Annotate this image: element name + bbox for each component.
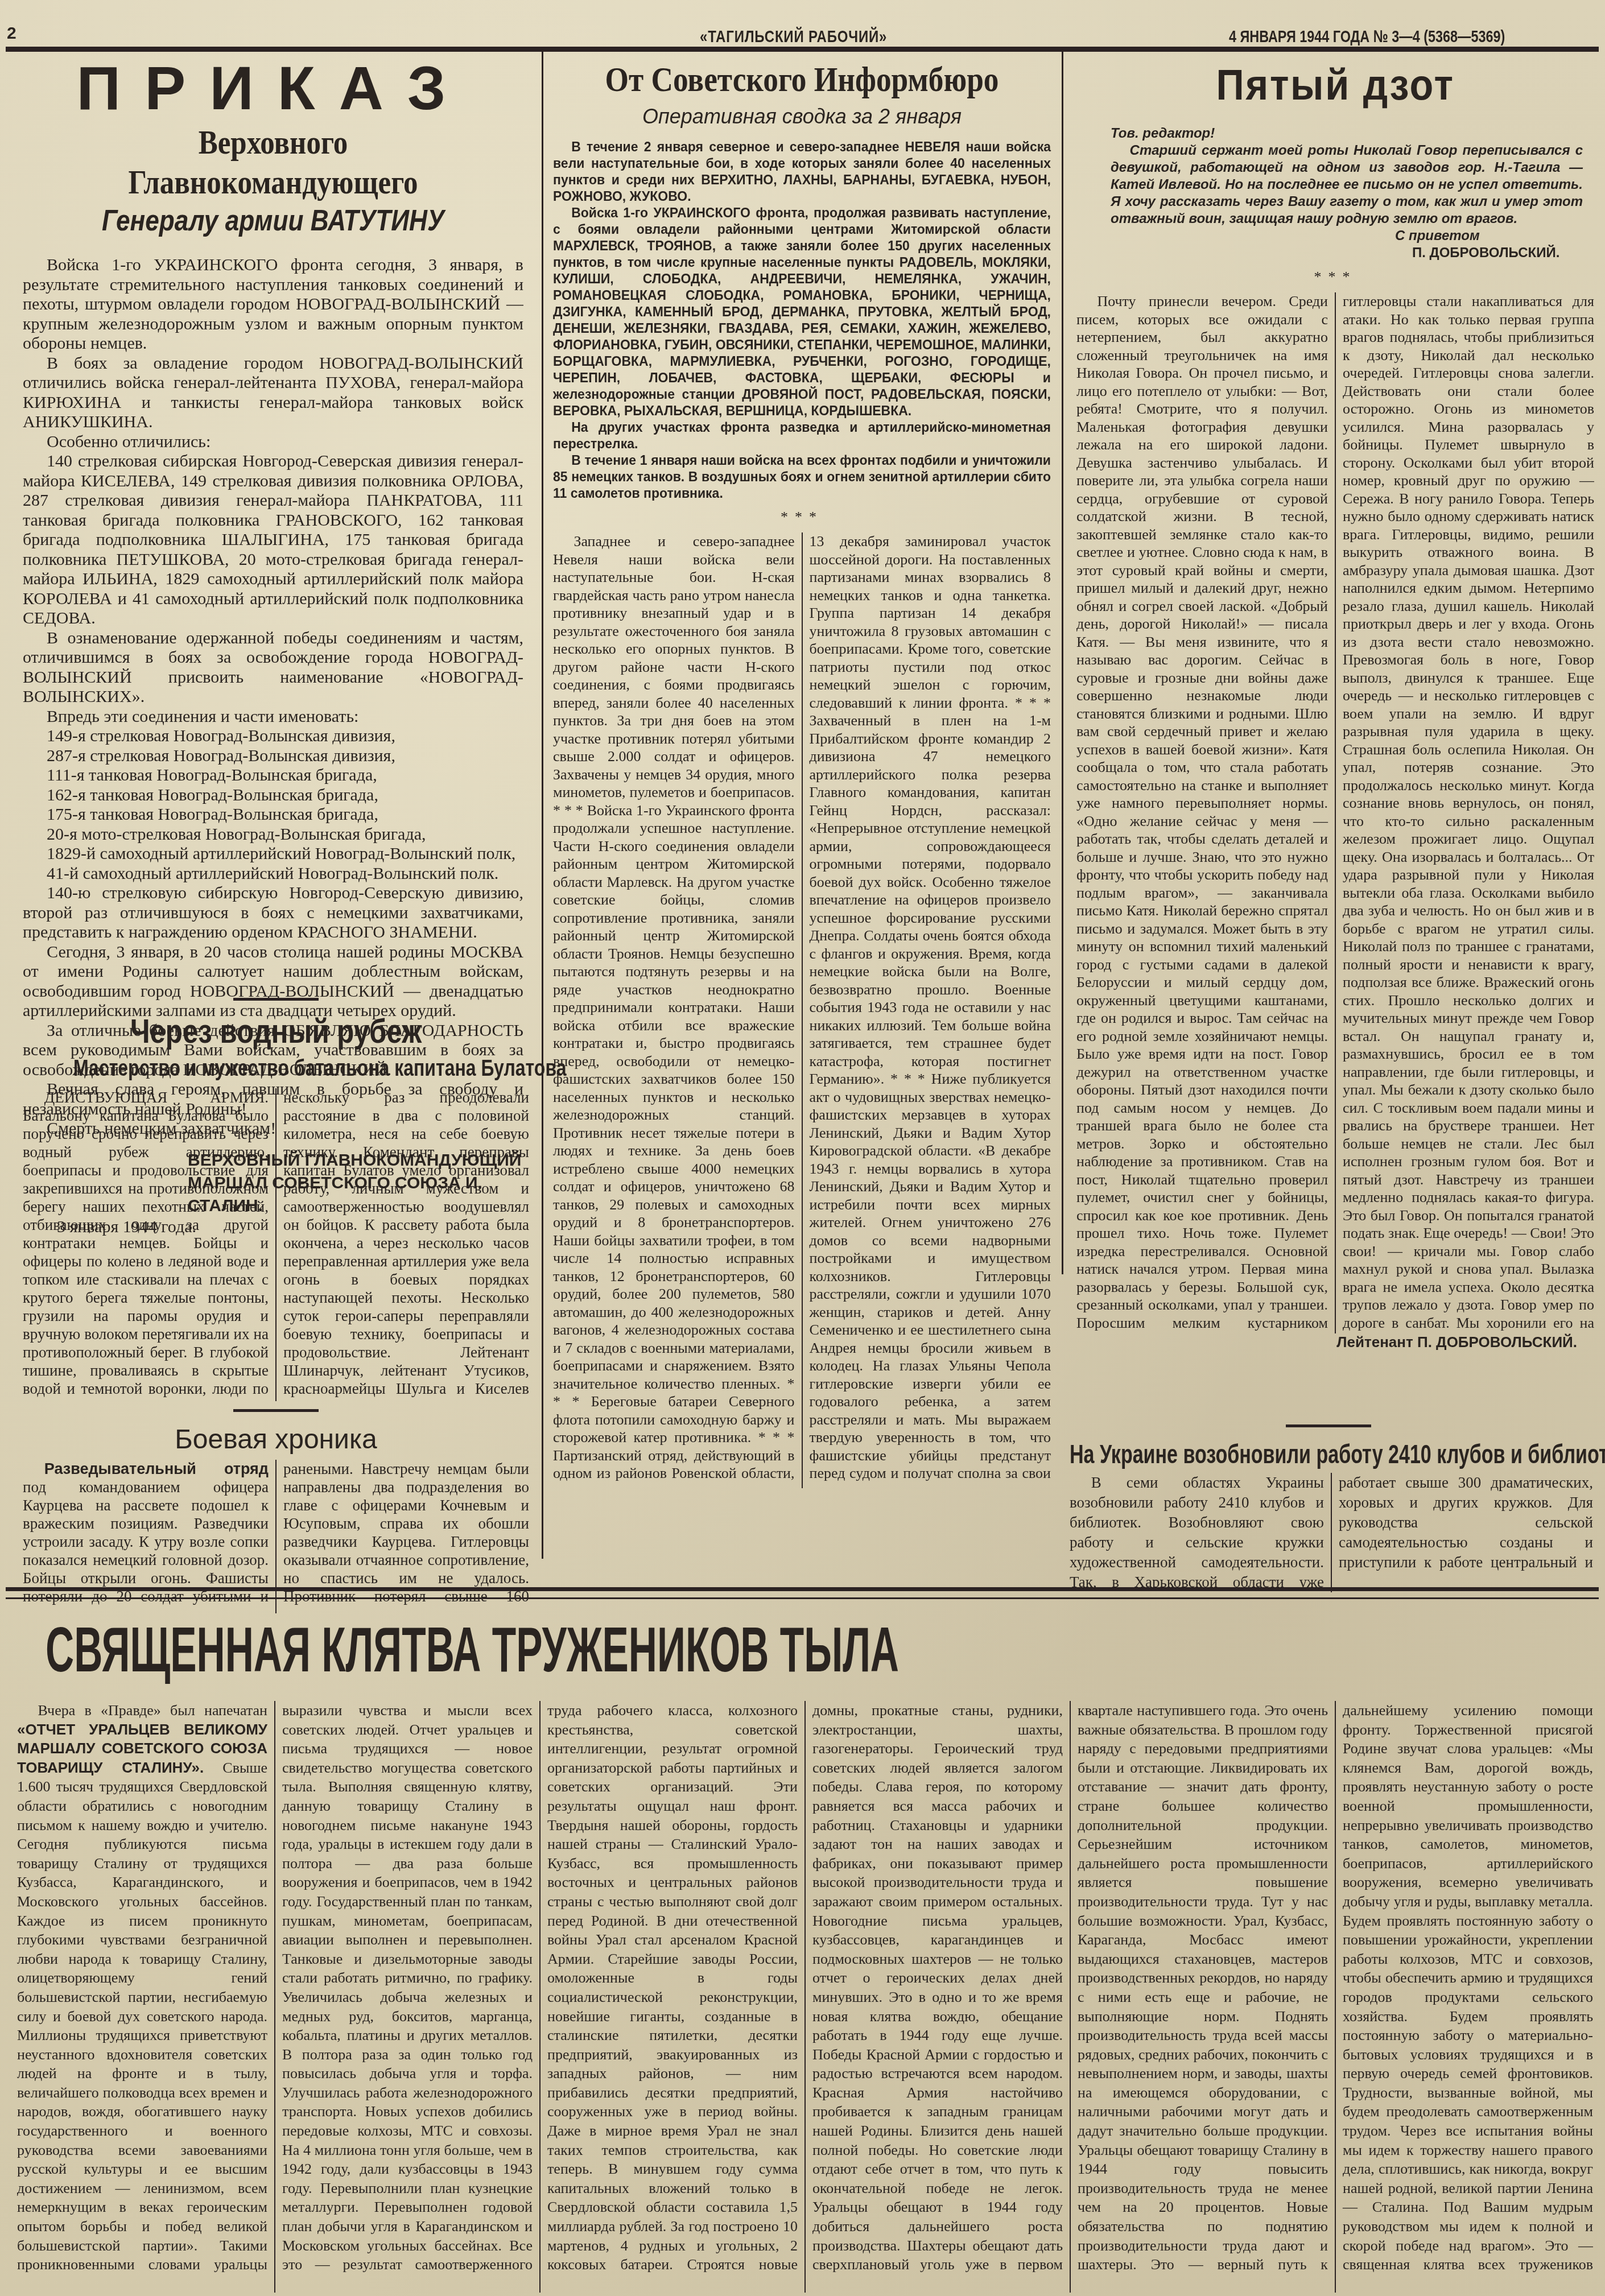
column-divider	[542, 51, 543, 1559]
ukraine-clubs-body: В семи областях Украины возобновили рабо…	[1070, 1473, 1593, 1592]
summary-paragraph: В течение 2 января северное и северо-зап…	[553, 139, 1051, 205]
prikaz-subtitle: Верховного Главнокомандующего	[60, 122, 486, 202]
separator	[1286, 1424, 1371, 1427]
dzot-letter: Тов. редактор! Старший сержант моей роты…	[1076, 114, 1594, 262]
summary-paragraph: На других участках фронта разведка и арт…	[553, 419, 1051, 452]
letter-greeting: Тов. редактор!	[1111, 125, 1583, 142]
stars-separator: ***	[1076, 269, 1594, 286]
khronika-title: Боевая хроника	[23, 1420, 529, 1460]
ukraine-clubs-text: В семи областях Украины возобновили рабо…	[1070, 1473, 1593, 1592]
separator	[233, 998, 319, 1001]
dzot-signature: Лейтенант П. ДОБРОВОЛЬСКИЙ.	[1076, 1333, 1594, 1351]
prikaz-paragraph: 140 стрелковая сибирская Новгород-Северс…	[23, 452, 523, 629]
prikaz-paragraph: Войска 1-го УКРАИНСКОГО фронта сегодня, …	[23, 255, 523, 354]
section-rule	[6, 1587, 1599, 1591]
dzot-title: Пятый дзот	[1103, 57, 1569, 114]
unit-item: 41-й самоходный артиллерийский Новоград-…	[23, 864, 523, 884]
sovinform-title: От Советского Информбюро	[588, 57, 1016, 102]
prikaz-addressee: Генералу армии ВАТУТИНУ	[60, 202, 486, 239]
dzot-text: Почту принесли вечером. Среди писем, кот…	[1076, 292, 1594, 1333]
unit-item: 111-я танковая Новоград-Волынская бригад…	[23, 766, 523, 786]
unit-item: 1829-й самоходный артиллерийский Новогра…	[23, 844, 523, 864]
letter-closing: С приветом	[1395, 228, 1583, 245]
summary-paragraph: В течение 1 января наши войска на всех ф…	[553, 452, 1051, 502]
vodnyi-article: Через водный рубеж Мастерство и мужество…	[23, 990, 529, 1613]
prikaz-paragraph: Впредь эти соединения и части именовать:	[23, 707, 523, 727]
khronika-lead: Разведывательный отряд	[44, 1460, 269, 1477]
column-divider	[1062, 51, 1063, 1274]
separator	[233, 1409, 319, 1412]
klyatva-text: Свыше 1.600 тысяч трудящихся Свердловско…	[17, 1702, 1593, 2273]
unit-item: 162-я танковая Новоград-Волынская бригад…	[23, 786, 523, 806]
prikaz-paragraph: В боях за овладение городом НОВОГРАД-ВОЛ…	[23, 354, 523, 432]
sovinform-summary: В течение 2 января северное и северо-зап…	[553, 139, 1051, 502]
vodnyi-text: ДЕЙСТВУЮЩАЯ АРМИЯ. Батальону капитана Бу…	[23, 1088, 529, 1401]
sovinform-text: Западнее и северо-западнее Невеля наши в…	[553, 532, 1051, 1488]
vodnyi-body: ДЕЙСТВУЮЩАЯ АРМИЯ. Батальону капитана Бу…	[23, 1088, 529, 1401]
ukraine-clubs-title: На Украине возобновили работу 2410 клубо…	[1070, 1435, 1457, 1473]
page-number: 2	[7, 24, 16, 43]
dzot-body: Почту принесли вечером. Среди писем, кот…	[1076, 292, 1594, 1333]
dzot-article: Пятый дзот Тов. редактор! Старший сержан…	[1076, 57, 1594, 1351]
sovinform-body: Западнее и северо-западнее Невеля наши в…	[553, 532, 1051, 1488]
unit-list: 149-я стрелковая Новоград-Волынская диви…	[23, 726, 523, 883]
unit-item: 175-я танковая Новоград-Волынская бригад…	[23, 805, 523, 825]
klyatva-intro: Вчера в «Правде» был напечатан	[38, 1702, 267, 1719]
klyatva-title: СВЯЩЕННАЯ КЛЯТВА ТРУЖЕНИКОВ ТЫЛА	[46, 1610, 518, 1690]
prikaz-title: ПРИКАЗ	[23, 54, 523, 122]
stars-separator: ***	[553, 509, 1051, 526]
klyatva-body: Вчера в «Правде» был напечатан «ОТЧЕТ УР…	[17, 1701, 1593, 2293]
masthead-rule	[6, 47, 1599, 52]
ukraine-clubs-article: На Украине возобновили работу 2410 клубо…	[1070, 1417, 1593, 1592]
sovinform-article: От Советского Информбюро Оперативная сво…	[553, 57, 1051, 1488]
unit-item: 149-я стрелковая Новоград-Волынская диви…	[23, 726, 523, 746]
unit-item: 20-я мото-стрелковая Новоград-Волынская …	[23, 825, 523, 845]
khronika-text: под командованием офицера Каурцева на ра…	[23, 1460, 529, 1605]
vodnyi-title: Через водный рубеж	[68, 1009, 484, 1054]
prikaz-paragraph: 140-ю стрелковую сибирскую Новгород-Севе…	[23, 883, 523, 943]
letter-signature: П. ДОБРОВОЛЬСКИЙ.	[1412, 245, 1583, 262]
section-rule	[6, 1597, 1599, 1599]
klyatva-article: СВЯЩЕННАЯ КЛЯТВА ТРУЖЕНИКОВ ТЫЛА	[23, 1610, 1593, 1690]
prikaz-paragraph: Особенно отличились:	[23, 432, 523, 452]
prikaz-paragraph: В ознаменование одержанной победы соедин…	[23, 629, 523, 707]
sovinform-subtitle: Оперативная сводка за 2 января	[553, 102, 1051, 131]
issue-date: 4 ЯНВАРЯ 1944 ГОДА № 3—4 (5368—5369)	[1229, 27, 1505, 47]
newspaper-name: «ТАГИЛЬСКИЙ РАБОЧИЙ»	[700, 27, 887, 47]
vodnyi-subtitle: Мастерство и мужество батальона капитана…	[73, 1054, 478, 1083]
summary-paragraph: Войска 1-го УКРАИНСКОГО фронта, продолжа…	[553, 205, 1051, 419]
letter-text: Старший сержант моей роты Николай Говор …	[1111, 142, 1583, 228]
unit-item: 287-я стрелковая Новоград-Волынская диви…	[23, 746, 523, 766]
